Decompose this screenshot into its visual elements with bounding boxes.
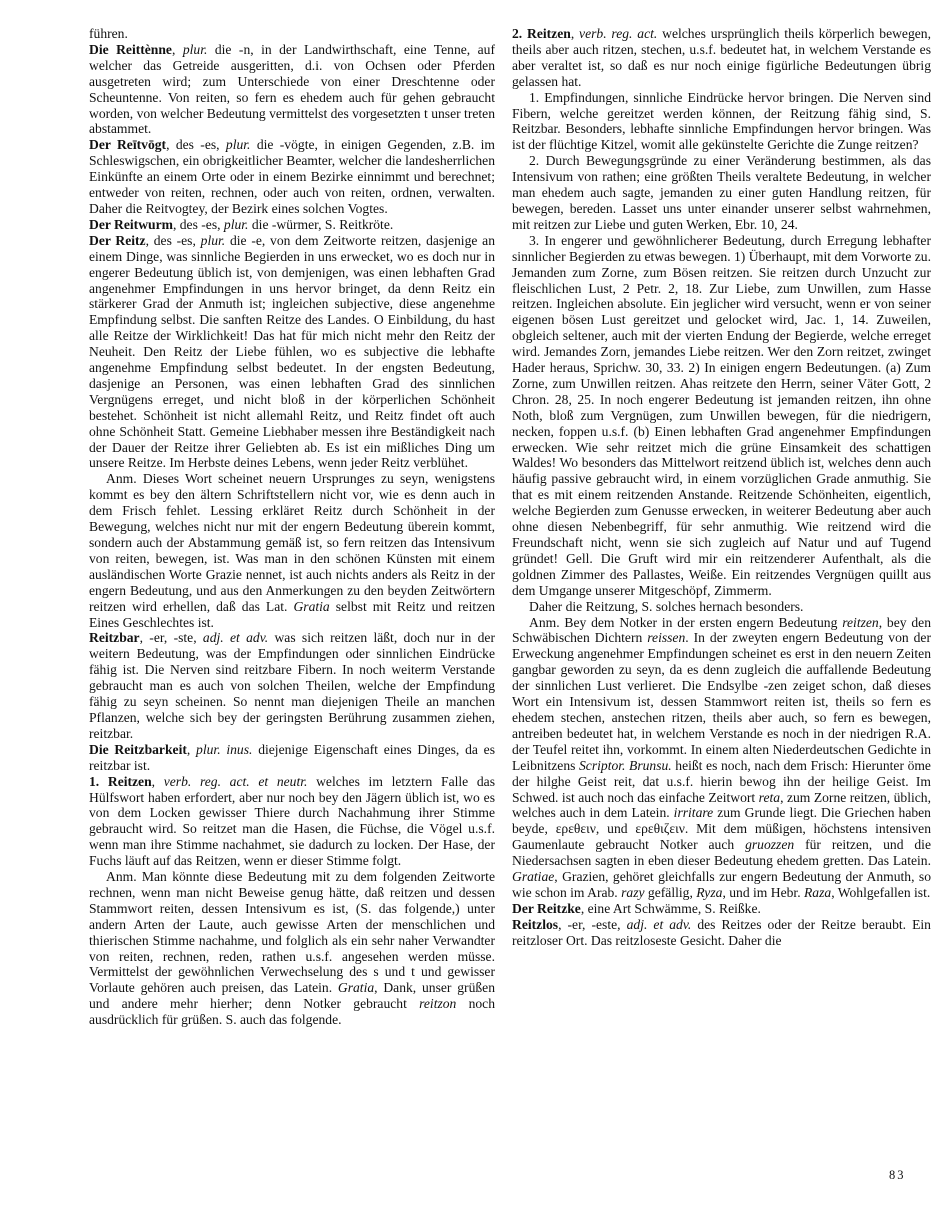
sense-2: 2. Durch Bewegungsgründe zu einer Veränd…	[512, 153, 931, 233]
cross-reference-reitzung: Daher die Reitzung, S. solches hernach b…	[512, 599, 931, 615]
entry-1-reitzen: 1. Reitzen, verb. reg. act. et neutr. we…	[89, 774, 495, 869]
anm-1-reitzen: Anm. Man könnte diese Bedeutung mit zu d…	[89, 869, 495, 1028]
page-number: 83	[889, 1168, 906, 1184]
sense-3: 3. In engerer und gewöhnlicherer Bedeutu…	[512, 233, 931, 599]
entry-reitzbar: Reitzbar, -er, -ste, adj. et adv. was si…	[89, 630, 495, 741]
sense-1: 1. Empfindungen, sinnliche Eindrücke her…	[512, 90, 931, 154]
anm-2-reitzen: Anm. Bey dem Notker in der ersten engern…	[512, 615, 931, 901]
entry-die-reittenne: Die Reittènne, plur. die -n, in der Land…	[89, 42, 495, 137]
entry-der-reitwurm: Der Reitwurm, des -es, plur. die -würmer…	[89, 217, 495, 233]
continuation-fuehren: führen.	[89, 26, 495, 42]
entry-2-reitzen: 2. Reitzen, verb. reg. act. welches ursp…	[512, 26, 931, 90]
entry-der-reitz: Der Reitz, des -es, plur. die -e, von de…	[89, 233, 495, 472]
right-column: 2. Reitzen, verb. reg. act. welches ursp…	[512, 26, 931, 1028]
left-column: führen.Die Reittènne, plur. die -n, in d…	[89, 26, 495, 1028]
entry-der-reitzke: Der Reitzke, eine Art Schwämme, S. Reißk…	[512, 901, 931, 917]
anm-der-reitz: Anm. Dieses Wort scheinet neuern Ursprun…	[89, 471, 495, 630]
dictionary-page: führen.Die Reittènne, plur. die -n, in d…	[0, 0, 935, 1210]
text-columns: führen.Die Reittènne, plur. die -n, in d…	[0, 0, 935, 1028]
entry-die-reitzbarkeit: Die Reitzbarkeit, plur. inus. diejenige …	[89, 742, 495, 774]
entry-reitzlos: Reitzlos, -er, -este, adj. et adv. des R…	[512, 917, 931, 949]
entry-der-reitvogt: Der Reītvōgt, des -es, plur. die -vögte,…	[89, 137, 495, 217]
